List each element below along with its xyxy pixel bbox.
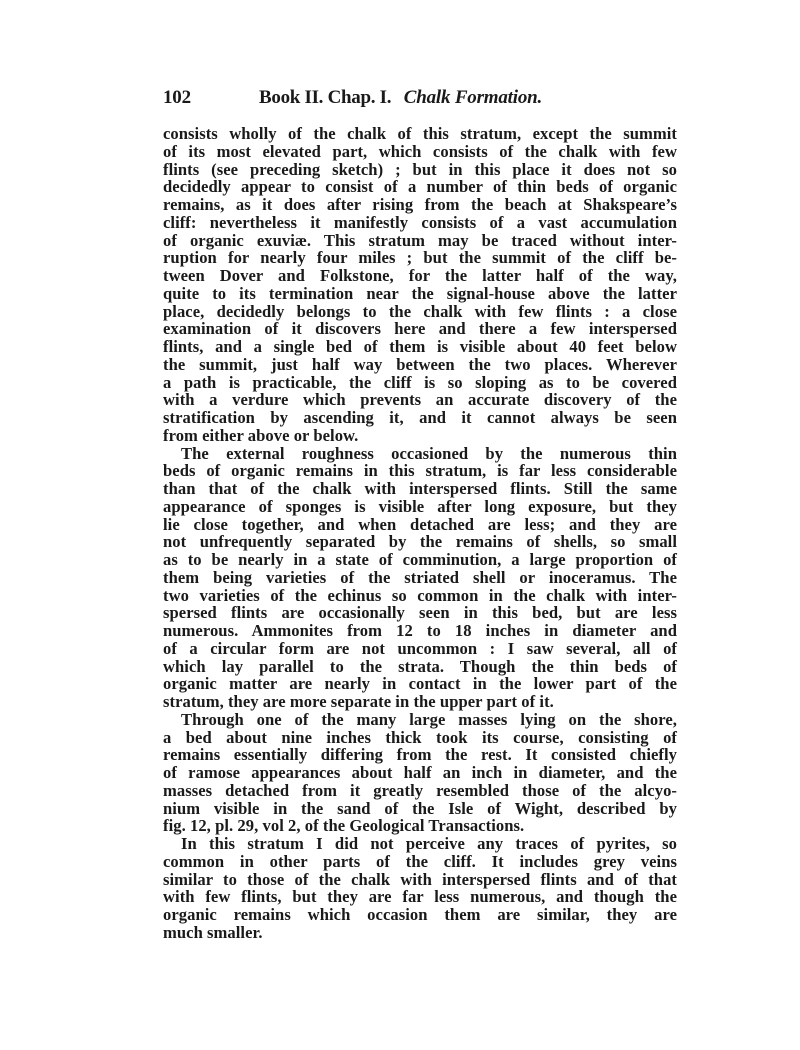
section-title: Chalk Formation. [404, 87, 542, 108]
text-line: as to be nearly in a state of comminutio… [163, 551, 677, 569]
text-line: quite to its termination near the signal… [163, 285, 677, 303]
text-line: beds of organic remains in this stratum,… [163, 462, 677, 480]
text-line: similar to those of the chalk with inter… [163, 871, 677, 889]
book-page: 102 Book II. Chap. I. Chalk Formation. c… [163, 86, 677, 942]
text-line: flints, and a single bed of them is visi… [163, 338, 677, 356]
header-title: Book II. Chap. I. Chalk Formation. [259, 86, 542, 110]
text-line: organic remains which occasion them are … [163, 906, 677, 924]
paragraph: consists wholly of the chalk of this str… [163, 125, 677, 445]
text-line: decidedly appear to consist of a number … [163, 178, 677, 196]
text-line: remains essentially differing from the r… [163, 746, 677, 764]
text-line: fig. 12, pl. 29, vol 2, of the Geologica… [163, 817, 677, 835]
text-line: spersed flints are occasionally seen in … [163, 604, 677, 622]
text-line: nium visible in the sand of the Isle of … [163, 800, 677, 818]
text-line: cliff: nevertheless it manifestly consis… [163, 214, 677, 232]
paragraph: The external roughness occasioned by the… [163, 445, 677, 711]
text-line: of its most elevated part, which consist… [163, 143, 677, 161]
text-line: masses detached from it greatly resemble… [163, 782, 677, 800]
text-line: of a circular form are not uncommon : I … [163, 640, 677, 658]
text-line: of organic exuviæ. This stratum may be t… [163, 232, 677, 250]
paragraph: In this stratum I did not perceive any t… [163, 835, 677, 942]
text-line: lie close together, and when detached ar… [163, 516, 677, 534]
book-chapter-label: Book II. Chap. I. [259, 87, 391, 108]
text-line: ruption for nearly four miles ; but the … [163, 249, 677, 267]
text-line: not unfrequently separated by the remain… [163, 533, 677, 551]
paragraph: Through one of the many large masses lyi… [163, 711, 677, 835]
text-line: numerous. Ammonites from 12 to 18 inches… [163, 622, 677, 640]
text-line: with few flints, but they are far less n… [163, 888, 677, 906]
page-number: 102 [163, 86, 191, 110]
text-line: two varieties of the echinus so common i… [163, 587, 677, 605]
text-line: them being varieties of the striated she… [163, 569, 677, 587]
text-line: examination of it discovers here and the… [163, 320, 677, 338]
text-line: flints (see preceding sketch) ; but in t… [163, 161, 677, 179]
text-line: appearance of sponges is visible after l… [163, 498, 677, 516]
text-line: a bed about nine inches thick took its c… [163, 729, 677, 747]
text-line: The external roughness occasioned by the… [163, 445, 677, 463]
text-line: common in other parts of the cliff. It i… [163, 853, 677, 871]
text-line: remains, as it does after rising from th… [163, 196, 677, 214]
text-line: stratification by ascending it, and it c… [163, 409, 677, 427]
text-line: much smaller. [163, 924, 677, 942]
text-line: the summit, just half way between the tw… [163, 356, 677, 374]
body-text: consists wholly of the chalk of this str… [163, 125, 677, 942]
text-line: In this stratum I did not perceive any t… [163, 835, 677, 853]
text-line: of ramose appearances about half an inch… [163, 764, 677, 782]
text-line: which lay parallel to the strata. Though… [163, 658, 677, 676]
text-line: tween Dover and Folkstone, for the latte… [163, 267, 677, 285]
text-line: place, decidedly belongs to the chalk wi… [163, 303, 677, 321]
text-line: stratum, they are more separate in the u… [163, 693, 677, 711]
text-line: a path is practicable, the cliff is so s… [163, 374, 677, 392]
text-line: from either above or below. [163, 427, 677, 445]
text-line: with a verdure which prevents an accurat… [163, 391, 677, 409]
text-line: consists wholly of the chalk of this str… [163, 125, 677, 143]
running-head: 102 Book II. Chap. I. Chalk Formation. [163, 86, 677, 118]
text-line: organic matter are nearly in contact in … [163, 675, 677, 693]
text-line: Through one of the many large masses lyi… [163, 711, 677, 729]
text-line: than that of the chalk with interspersed… [163, 480, 677, 498]
